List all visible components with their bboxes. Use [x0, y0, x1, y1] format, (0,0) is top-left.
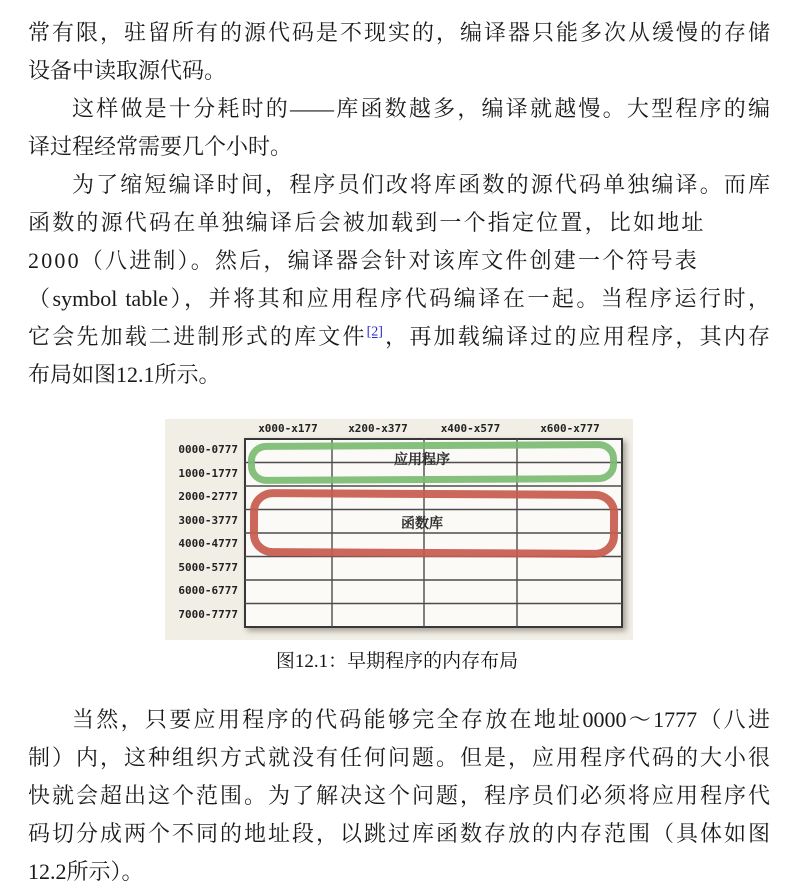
- text-line: 布局如图12.1所示。: [28, 356, 770, 394]
- body-text-top: 常有限，驻留所有的源代码是不现实的，编译器只能多次从缓慢的存储 设备中读取源代码…: [28, 14, 770, 394]
- text-line: 为了缩短编译时间，程序员们改将库函数的源代码单独编译。而库: [28, 166, 770, 204]
- footnote-link-2[interactable]: [2]: [367, 325, 383, 340]
- text-line: 快就会超出这个范围。为了解决这个问题，程序员们必须将应用程序代: [28, 777, 770, 815]
- text-segment: 它会先加载二进制形式的库文件: [28, 324, 367, 349]
- text-line-with-footnote: 它会先加载二进制形式的库文件[2]，再加载编译过的应用程序，其内存: [28, 318, 770, 356]
- text-line: 2000（八进制）。然后，编译器会针对该库文件创建一个符号表: [28, 242, 770, 280]
- text-line: （symbol table），并将其和应用程序代码编译在一起。当程序运行时，: [28, 280, 770, 318]
- figure-12-1: x000-x177 x200-x377 x400-x577 x600-x777 …: [165, 419, 633, 640]
- text-line: 12.2所示）。: [28, 853, 770, 884]
- text-line: 设备中读取源代码。: [28, 52, 770, 90]
- text-line: 译过程经常需要几个小时。: [28, 128, 770, 166]
- text-line: 码切分成两个不同的地址段，以跳过库函数存放的内存范围（具体如图: [28, 815, 770, 853]
- footnote-superscript: [2]: [367, 325, 383, 340]
- application-region-label: 应用程序: [394, 449, 450, 469]
- text-segment: ，再加载编译过的应用程序，其内存: [383, 324, 770, 349]
- text-line: 函数的源代码在单独编译后会被加载到一个指定位置，比如地址: [28, 204, 770, 242]
- figure-caption: 图12.1：早期程序的内存布局: [0, 650, 794, 674]
- body-text-bottom: 当然，只要应用程序的代码能够完全存放在地址0000～1777（八进 制）内，这种…: [28, 701, 770, 884]
- text-line: 这样做是十分耗时的——库函数越多，编译就越慢。大型程序的编: [28, 90, 770, 128]
- document-page: { "paragraphs": [ { "lines": [ "常有限，驻留所有…: [0, 0, 794, 884]
- text-line: 当然，只要应用程序的代码能够完全存放在地址0000～1777（八进: [28, 701, 770, 739]
- text-line: 制）内，这种组织方式就没有任何问题。但是，应用程序代码的大小很: [28, 739, 770, 777]
- text-line: 常有限，驻留所有的源代码是不现实的，编译器只能多次从缓慢的存储: [28, 14, 770, 52]
- library-region-label: 函数库: [401, 513, 443, 533]
